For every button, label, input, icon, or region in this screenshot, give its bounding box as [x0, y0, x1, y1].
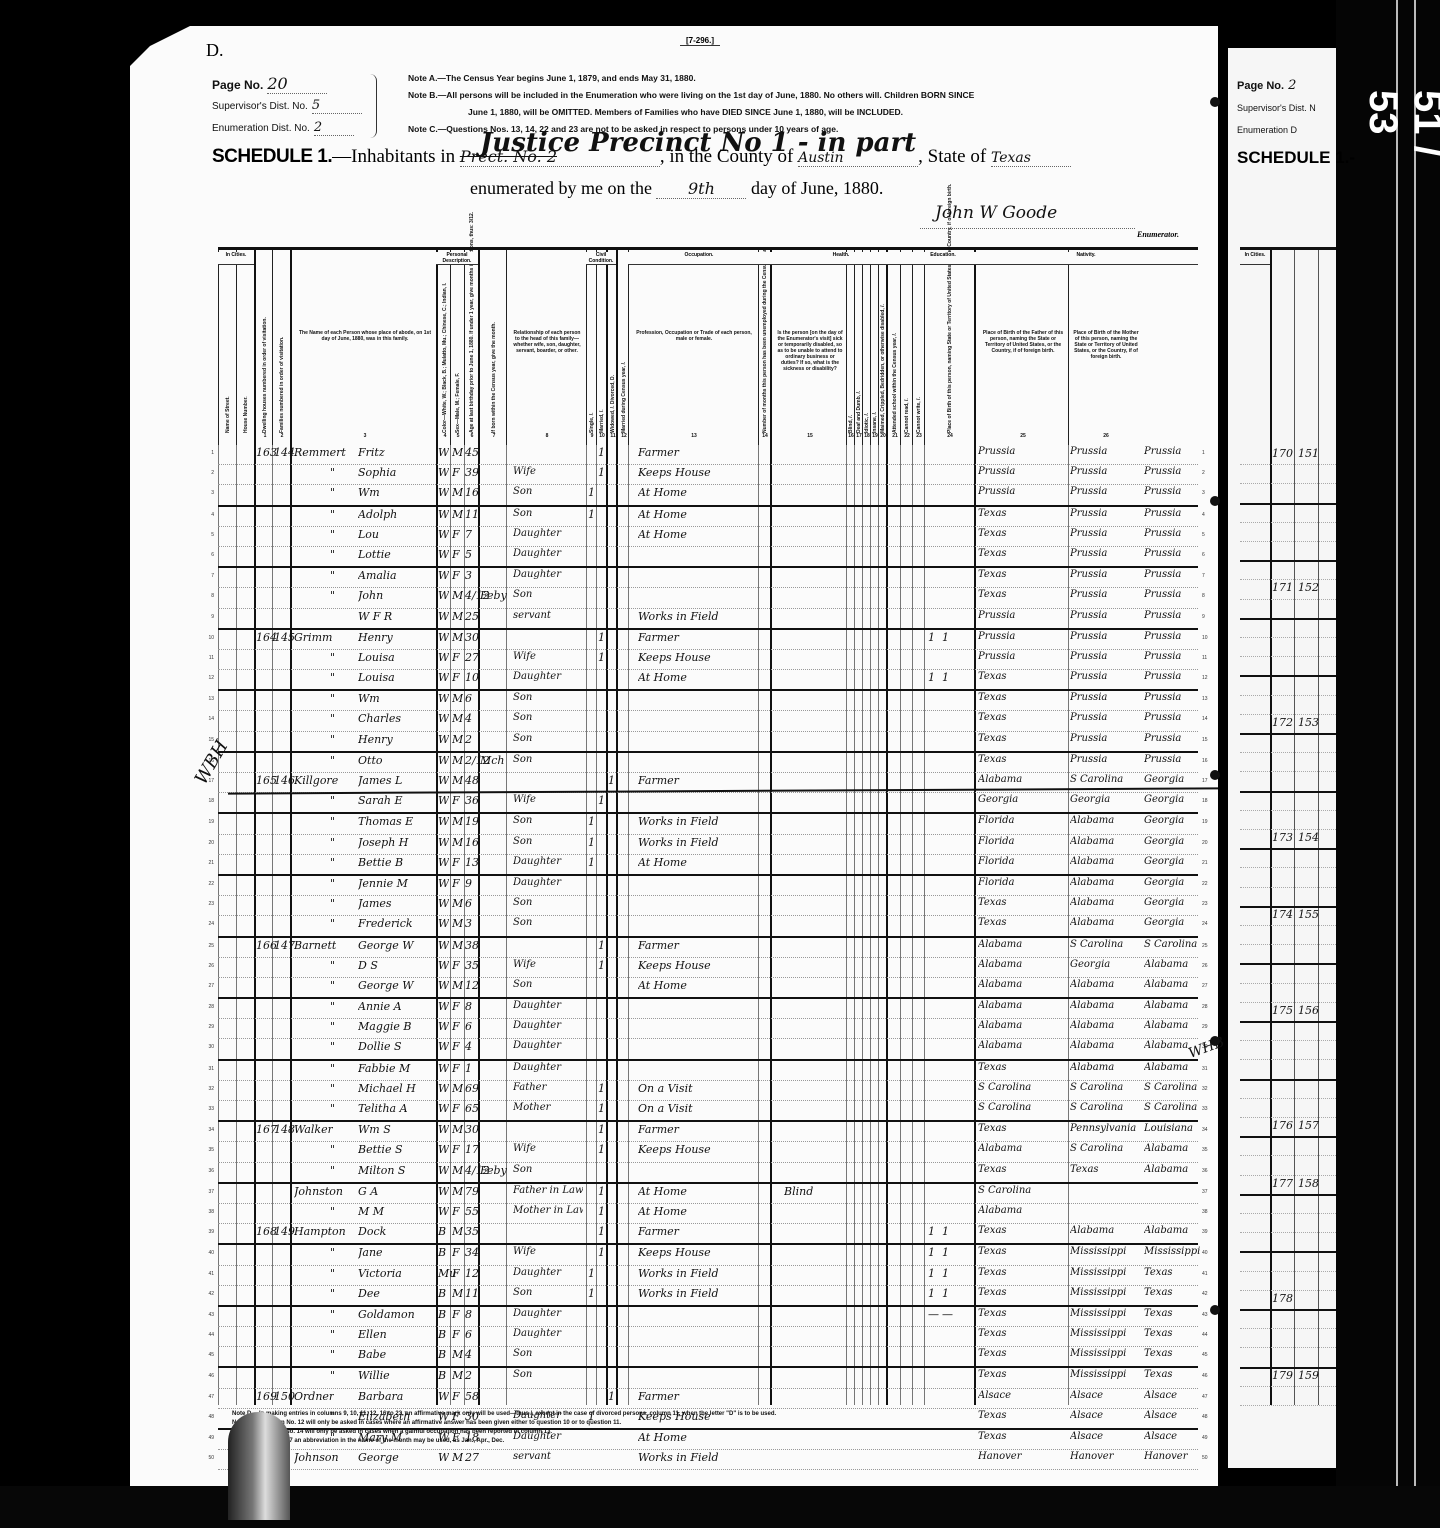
- birthplace: Texas: [978, 1348, 1066, 1359]
- birthplace: Prussia: [978, 486, 1066, 497]
- cannot-write-mark: 1: [942, 671, 949, 684]
- sex: F: [452, 1102, 460, 1115]
- mother-birthplace: Texas: [1144, 1267, 1232, 1278]
- column-number: 13: [629, 433, 759, 439]
- color: B: [438, 1348, 446, 1361]
- color: W: [438, 1040, 449, 1053]
- next-row-rule: [1240, 1213, 1336, 1214]
- birth-month: Mch: [480, 754, 505, 767]
- given-name: Henry: [358, 631, 434, 644]
- birthplace: S Carolina: [978, 1185, 1066, 1196]
- table-row: 22"SophiaWF39Wife1Keeps HousePrussiaPrus…: [218, 465, 1198, 485]
- family-number: 146: [274, 774, 295, 787]
- surname: ": [330, 794, 335, 807]
- relationship: Daughter: [513, 1328, 583, 1339]
- column-header-city-1: House Number.: [236, 250, 255, 445]
- relationship: Son: [513, 733, 583, 744]
- table-row: 2020"Joseph HWM16Son1Works in FieldFlori…: [218, 835, 1198, 855]
- age: 5: [465, 548, 472, 561]
- sex: M: [452, 1185, 463, 1198]
- table-row: 3535"Bettie SWF17Wife1Keeps HouseAlabama…: [218, 1142, 1198, 1162]
- color: W: [438, 1062, 449, 1075]
- color: W: [438, 589, 449, 602]
- enumerated-line: enumerated by me on the 9th day of June,…: [470, 178, 883, 199]
- note-b-cont: June 1, 1880, will be OMITTED. Members o…: [408, 104, 1168, 121]
- page-no-value: 20: [267, 74, 327, 94]
- next-row-rule: [1240, 771, 1336, 772]
- married-mark: 1: [598, 959, 605, 972]
- color: W: [438, 877, 449, 890]
- sex: F: [452, 466, 460, 479]
- line-number: 12: [202, 675, 214, 681]
- table-row: 55"LouWF7DaughterAt HomeTexasPrussiaPrus…: [218, 527, 1198, 547]
- sex: F: [452, 651, 460, 664]
- mother-birthplace: Prussia: [1144, 466, 1232, 477]
- next-row-rule: [1240, 1386, 1336, 1387]
- column-number: 6: [465, 433, 479, 439]
- mother-birthplace: Alabama: [1144, 1062, 1232, 1073]
- color: B: [438, 1369, 446, 1382]
- column-header-label: The Name of each Person whose place of a…: [296, 330, 434, 342]
- birthplace: Alabama: [978, 979, 1066, 990]
- given-name: Michael H: [358, 1082, 434, 1095]
- next-row-rule: [1240, 714, 1336, 715]
- next-row-rule: [1240, 695, 1336, 696]
- surname: ": [330, 1164, 335, 1177]
- group-header-education: Education.: [912, 252, 974, 265]
- widowed-mark: 1: [608, 774, 615, 787]
- line-number: 43: [202, 1312, 214, 1318]
- enumeration-label: Enumeration Dist. No.: [212, 123, 310, 134]
- sex: M: [452, 631, 463, 644]
- age: 65: [465, 1102, 479, 1115]
- mother-birthplace: Prussia: [1144, 548, 1232, 559]
- birth-month: Feby: [480, 589, 507, 602]
- married-mark: 1: [598, 939, 605, 952]
- line-number: 2: [202, 470, 214, 476]
- sex: M: [452, 589, 463, 602]
- next-row-rule: [1240, 1021, 1336, 1023]
- color: W: [438, 856, 449, 869]
- given-name: Fritz: [358, 446, 434, 459]
- scanner-thumb: [228, 1412, 290, 1520]
- age: 48: [465, 774, 479, 787]
- occupation: Farmer: [638, 774, 768, 787]
- age: 2: [465, 733, 472, 746]
- birthplace: Alabama: [978, 1205, 1066, 1216]
- sex: F: [452, 794, 460, 807]
- birthplace: Georgia: [978, 794, 1066, 805]
- birthplace: Florida: [978, 815, 1066, 826]
- married-mark: 1: [598, 1185, 605, 1198]
- line-number: 33: [202, 1106, 214, 1112]
- footnote-e: Note E.—Question No. 12 will only be ask…: [232, 1419, 1132, 1428]
- binder-hole: [1210, 97, 1220, 107]
- column-header-26: Place of Birth of the Mother of this per…: [1068, 250, 1143, 445]
- column-header-15: Is the person [on the day of the Enumera…: [770, 250, 848, 445]
- occupation: Works in Field: [638, 1287, 768, 1300]
- age: 2: [465, 1369, 472, 1382]
- sex: M: [452, 610, 463, 623]
- birthplace: Prussia: [978, 610, 1066, 621]
- given-name: Louisa: [358, 671, 434, 684]
- sex: M: [452, 733, 463, 746]
- given-name: James: [358, 897, 434, 910]
- given-name: John: [358, 589, 434, 602]
- age: 3: [465, 917, 472, 930]
- age: 25: [465, 610, 479, 623]
- age: 4: [465, 1040, 472, 1053]
- given-name: Sarah E: [358, 794, 434, 807]
- surname: ": [330, 1020, 335, 1033]
- table-row: 3131"Fabbie MWF1DaughterTexasAlabamaAlab…: [218, 1061, 1198, 1081]
- mother-birthplace: Prussia: [1144, 528, 1232, 539]
- given-name: Otto: [358, 754, 434, 767]
- birthplace: Prussia: [978, 651, 1066, 662]
- single-mark: 1: [588, 508, 595, 521]
- line-number: 46: [202, 1373, 214, 1379]
- next-row-rule: [1240, 829, 1336, 830]
- line-number: 13: [202, 696, 214, 702]
- line-number: 30: [202, 1044, 214, 1050]
- line-number: 10: [202, 635, 214, 641]
- binder-hole: [1210, 1305, 1220, 1315]
- age: 6: [465, 897, 472, 910]
- column-header-label: If born within the Census year, give the…: [491, 322, 497, 433]
- supervisor-label: Supervisor's Dist. No.: [212, 101, 308, 112]
- line-number: 9: [202, 614, 214, 620]
- family-number: 148: [274, 1123, 295, 1136]
- given-name: George W: [358, 939, 434, 952]
- surname: ": [330, 671, 335, 684]
- line-number: 25: [202, 943, 214, 949]
- line-number: 37: [202, 1189, 214, 1195]
- relationship: Mother in Law: [513, 1205, 583, 1216]
- surname: Walker: [294, 1123, 333, 1136]
- column-header-3: The Name of each Person whose place of a…: [290, 250, 438, 445]
- birthplace: Texas: [978, 671, 1066, 682]
- relationship: Son: [513, 1287, 583, 1298]
- county-label: , in the County of: [660, 146, 794, 167]
- book-spine: [1336, 0, 1440, 1528]
- birthplace: S Carolina: [978, 1082, 1066, 1093]
- single-mark: 1: [588, 1267, 595, 1280]
- birthplace: Hanover: [978, 1451, 1066, 1462]
- next-page-table: In Cities. 17015117115217215317315417415…: [1240, 247, 1336, 1405]
- birthplace: Texas: [978, 528, 1066, 539]
- surname: ": [330, 1062, 335, 1075]
- color: W: [438, 486, 449, 499]
- color: W: [438, 712, 449, 725]
- mother-birthplace: S Carolina: [1144, 939, 1232, 950]
- surname: ": [330, 589, 335, 602]
- relationship: Wife: [513, 651, 583, 662]
- mother-birthplace: Mississippi: [1144, 1246, 1232, 1257]
- age: 39: [465, 466, 479, 479]
- birthplace: Texas: [978, 1062, 1066, 1073]
- sex: M: [452, 1225, 463, 1238]
- mother-birthplace: Prussia: [1144, 651, 1232, 662]
- mother-birthplace: Prussia: [1144, 508, 1232, 519]
- next-row-rule: [1240, 1155, 1336, 1156]
- relationship: Daughter: [513, 548, 583, 559]
- table-row: 1616"OttoWM2/12MchSonTexasPrussiaPrussia: [218, 753, 1198, 773]
- single-mark: 1: [588, 815, 595, 828]
- given-name: Adolph: [358, 508, 434, 521]
- next-row-rule: [1240, 1290, 1336, 1291]
- given-name: Henry: [358, 733, 434, 746]
- color: W: [438, 733, 449, 746]
- sex: M: [452, 1451, 463, 1464]
- enumerator-label: Enumerator.: [1137, 230, 1179, 239]
- group-header-occupation: Occupation.: [628, 252, 770, 265]
- birthplace: Alabama: [978, 774, 1066, 785]
- birthplace: Texas: [978, 754, 1066, 765]
- surname: ": [330, 1040, 335, 1053]
- next-row-rule: [1240, 541, 1336, 542]
- occupation: Works in Field: [638, 1451, 768, 1464]
- mother-birthplace: Georgia: [1144, 815, 1232, 826]
- line-number-right: 37: [1202, 1189, 1214, 1195]
- county-value: Austin: [798, 150, 918, 167]
- surname: ": [330, 651, 335, 664]
- line-number: 24: [202, 921, 214, 927]
- color: W: [438, 548, 449, 561]
- surname: Killgore: [294, 774, 338, 787]
- married-mark: 1: [598, 1246, 605, 1259]
- sex: M: [452, 692, 463, 705]
- table-row: 3737JohnstonG AWM79Father in Law1At Home…: [218, 1184, 1198, 1204]
- line-number-right: 38: [1202, 1209, 1214, 1215]
- state-label: , State of: [918, 146, 986, 167]
- occupation: At Home: [638, 528, 768, 541]
- sex: F: [452, 528, 460, 541]
- next-row-rule: [1240, 1098, 1336, 1099]
- sex: M: [452, 774, 463, 787]
- mother-birthplace: Alabama: [1144, 1020, 1232, 1031]
- relationship: Daughter: [513, 1308, 583, 1319]
- next-row-rule: [1240, 887, 1336, 888]
- sex: F: [452, 1246, 460, 1259]
- birthplace: Alabama: [978, 1000, 1066, 1011]
- line-number: 26: [202, 963, 214, 969]
- relationship: Son: [513, 1348, 583, 1359]
- next-row-rule: [1240, 848, 1336, 850]
- column-header-label: House Number.: [243, 396, 249, 433]
- age: 35: [465, 959, 479, 972]
- given-name: Ellen: [358, 1328, 434, 1341]
- next-row-rule: [1240, 1328, 1336, 1329]
- given-name: Victoria: [358, 1267, 434, 1280]
- sex: F: [452, 856, 460, 869]
- mother-birthplace: Alsace: [1144, 1410, 1232, 1421]
- next-family-number: 152: [1298, 581, 1319, 594]
- page-no-label: Page No.: [212, 78, 263, 92]
- next-family-number: 157: [1298, 1119, 1319, 1132]
- next-dwelling-number: 175: [1272, 1004, 1293, 1017]
- next-supervisor-label: Supervisor's Dist. N: [1237, 103, 1316, 113]
- line-number: 11: [202, 655, 214, 661]
- next-schedule-title: SCHEDULE 1.-: [1237, 148, 1355, 168]
- cannot-write-mark: 1: [942, 1267, 949, 1280]
- column-header-label: Number of months this person has been un…: [762, 248, 768, 433]
- table-row: 4141"VictoriaMuF12Daughter1Works in Fiel…: [218, 1266, 1198, 1286]
- relationship: Son: [513, 486, 583, 497]
- column-header-label: Profession, Occupation or Trade of each …: [633, 330, 755, 342]
- birthplace: Texas: [978, 1164, 1066, 1175]
- column-number: 5: [451, 433, 465, 439]
- next-row-rule: [1240, 483, 1336, 484]
- next-row-rule: [1240, 1347, 1336, 1348]
- mother-birthplace: Prussia: [1144, 589, 1232, 600]
- age: 34: [465, 1246, 479, 1259]
- birthplace: Texas: [978, 897, 1066, 908]
- mother-birthplace: Hanover: [1144, 1451, 1232, 1462]
- next-family-number: 151: [1298, 447, 1319, 460]
- line-number: 39: [202, 1229, 214, 1235]
- relationship: Wife: [513, 959, 583, 970]
- footnote-g: Note G.—In column 7 an abbreviation in t…: [232, 1437, 1132, 1446]
- sex: F: [452, 1328, 460, 1341]
- color: W: [438, 897, 449, 910]
- next-family-number: 159: [1298, 1369, 1319, 1382]
- sex: F: [452, 959, 460, 972]
- line-number: 44: [202, 1332, 214, 1338]
- next-dwelling-number: 179: [1272, 1369, 1293, 1382]
- cannot-write-mark: 1: [942, 1287, 949, 1300]
- next-row-rule: [1240, 944, 1336, 945]
- next-page-no-label: Page No.: [1237, 80, 1284, 92]
- given-name: Wm S: [358, 1123, 434, 1136]
- table-row: 2929"Maggie BWF6DaughterAlabamaAlabamaAl…: [218, 1019, 1198, 1039]
- color: W: [438, 836, 449, 849]
- married-mark: 1: [598, 1082, 605, 1095]
- next-row-rule: [1240, 752, 1336, 753]
- sex: M: [452, 917, 463, 930]
- color: B: [438, 1287, 446, 1300]
- line-number: 7: [202, 573, 214, 579]
- sex: F: [452, 671, 460, 684]
- mother-birthplace: Alabama: [1144, 959, 1232, 970]
- cannot-read-mark: 1: [928, 1225, 935, 1238]
- birthplace: Texas: [978, 1287, 1066, 1298]
- color: W: [438, 631, 449, 644]
- column-header-24: Place of Birth of this person, naming St…: [924, 250, 975, 445]
- next-row-rule: [1240, 579, 1336, 580]
- line-number: 41: [202, 1271, 214, 1277]
- column-number: 2: [273, 433, 291, 439]
- family-number: 149: [274, 1225, 295, 1238]
- column-number: 7: [480, 433, 508, 439]
- given-name: W F R: [358, 610, 434, 623]
- footnote-f: Note F.—Question No. 14 will only be ask…: [232, 1428, 1132, 1437]
- brace: [370, 74, 377, 138]
- occupation: Farmer: [638, 939, 768, 952]
- cannot-write-mark: —: [942, 1308, 953, 1321]
- color: W: [438, 1020, 449, 1033]
- census-table: Name of Street.House Number.Dwelling hou…: [218, 247, 1198, 1405]
- line-number: 31: [202, 1066, 214, 1072]
- occupation: Farmer: [638, 446, 768, 459]
- birthplace: Alabama: [978, 1143, 1066, 1154]
- state-value: Texas: [991, 150, 1071, 167]
- next-row-rule: [1240, 503, 1336, 505]
- sex: F: [452, 1390, 460, 1403]
- table-row: 3333"Telitha AWF65Mother1On a VisitS Car…: [218, 1101, 1198, 1122]
- color: W: [438, 1143, 449, 1156]
- given-name: Lottie: [358, 548, 434, 561]
- married-mark: 1: [598, 1225, 605, 1238]
- surname: ": [330, 548, 335, 561]
- surname: ": [330, 1246, 335, 1259]
- birthplace: Prussia: [978, 446, 1066, 457]
- table-row: 2424"FrederickWM3SonTexasAlabamaGeorgia: [218, 916, 1198, 937]
- age: 6: [465, 1328, 472, 1341]
- birthplace: Texas: [978, 692, 1066, 703]
- married-mark: 1: [598, 1143, 605, 1156]
- sex: M: [452, 446, 463, 459]
- birthplace: Texas: [978, 917, 1066, 928]
- given-name: D S: [358, 959, 434, 972]
- line-number: 32: [202, 1086, 214, 1092]
- birthplace: S Carolina: [978, 1102, 1066, 1113]
- next-row-rule: [1240, 906, 1336, 908]
- surname: ": [330, 877, 335, 890]
- birthplace: Texas: [978, 1328, 1066, 1339]
- birthplace: Texas: [978, 508, 1066, 519]
- next-dwelling-number: 176: [1272, 1119, 1293, 1132]
- relationship: Daughter: [513, 1020, 583, 1031]
- mother-birthplace: Prussia: [1144, 569, 1232, 580]
- single-mark: 1: [588, 836, 595, 849]
- next-row-rule: [1240, 810, 1336, 811]
- occupation: On a Visit: [638, 1082, 768, 1095]
- married-mark: 1: [598, 794, 605, 807]
- relationship: Son: [513, 508, 583, 519]
- line-number: 20: [202, 840, 214, 846]
- mother-birthplace: Georgia: [1144, 917, 1232, 928]
- surname: Grimm: [294, 631, 332, 644]
- next-page-header: Page No. 2 Supervisor's Dist. N Enumerat…: [1237, 76, 1355, 168]
- enumerated-day: 9th: [656, 179, 746, 199]
- age: 27: [465, 1451, 479, 1464]
- birthplace: Texas: [978, 1308, 1066, 1319]
- mother-birthplace: Georgia: [1144, 897, 1232, 908]
- given-name: Jane: [358, 1246, 434, 1259]
- mother-birthplace: S Carolina: [1144, 1082, 1232, 1093]
- relationship: Son: [513, 1369, 583, 1380]
- age: 3: [465, 569, 472, 582]
- sex: F: [452, 548, 460, 561]
- given-name: Dock: [358, 1225, 434, 1238]
- given-name: M M: [358, 1205, 434, 1218]
- age: 16: [465, 486, 479, 499]
- surname: Remmert: [294, 446, 346, 459]
- line-number: 42: [202, 1291, 214, 1297]
- married-mark: 1: [598, 651, 605, 664]
- table-row: 4343"GoldamonBF8Daughter——TexasMississip…: [218, 1307, 1198, 1327]
- mother-birthplace: Prussia: [1144, 671, 1232, 682]
- birthplace: Texas: [978, 589, 1066, 600]
- color: W: [438, 692, 449, 705]
- sex: F: [452, 1020, 460, 1033]
- table-row: 5050JohnsonGeorgeWM27servantWorks in Fie…: [218, 1450, 1198, 1470]
- surname: ": [330, 836, 335, 849]
- surname: ": [330, 959, 335, 972]
- given-name: Fabbie M: [358, 1062, 434, 1075]
- relationship: Daughter: [513, 856, 583, 867]
- given-name: Milton S: [358, 1164, 434, 1177]
